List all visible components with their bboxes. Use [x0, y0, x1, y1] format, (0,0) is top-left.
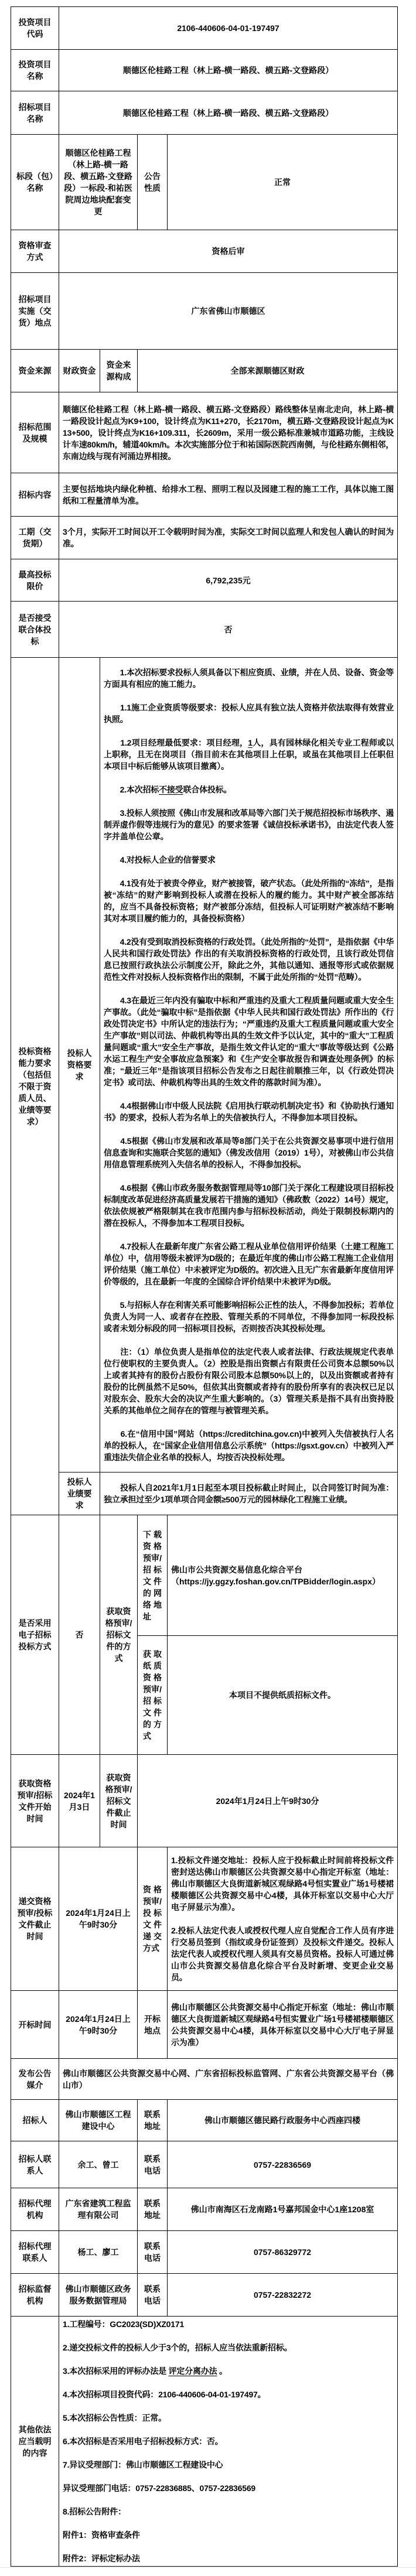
tender-scope-text: 顺德区伦桂路工程（林上路-横一路段、横五路-文登路段）路线整体呈南北走向，林上路… — [59, 392, 398, 473]
agency-address-value: 佛山市南海区石龙南路1号嘉邦国金中心1座1208室 — [168, 2188, 398, 2231]
label-tenderer-phone: 联系电话 — [138, 2141, 168, 2188]
tenderer-contact-value: 余工、曾工 — [59, 2141, 138, 2188]
label-tender-project-name: 招标项目名称 — [11, 91, 59, 135]
label-investment-project-name: 投资项目名称 — [11, 50, 59, 91]
label-tenderer-contact: 招标人联系人 — [11, 2141, 59, 2188]
tenderer-phone-value: 0757-22836569 — [168, 2141, 398, 2188]
supervision-agency-value: 佛山市顺德区政务服务数据管理局 — [59, 2274, 138, 2317]
paper-document-method-text: 本项目不提供纸质招标文件。 — [168, 1636, 398, 1755]
announcement-media-text: 佛山市顺德区公共资源交易中心网、广东省招标投标监管网、广东省公共资源交易平台（佛… — [59, 2059, 398, 2100]
label-section-name: 标段（包）名称 — [11, 135, 59, 230]
agency-contact-value: 杨工、廖工 — [59, 2231, 138, 2274]
label-tenderer: 招标人 — [11, 2100, 59, 2141]
label-tender-content: 招标内容 — [11, 473, 59, 517]
label-investment-project-code: 投资项目代码 — [11, 7, 59, 50]
label-paper-document-method: 获取纸质资格预审/招标文件的方式 — [138, 1636, 168, 1755]
label-document-obtain-start-time: 获取资格预审/招标文件开始时间 — [11, 1755, 59, 1847]
tenderer-value: 佛山市顺德区工程建设中心 — [59, 2100, 138, 2141]
label-submission-deadline: 递交资格预审/投标文件截止时间 — [11, 1847, 59, 1991]
tender-agency-value: 广东省建筑工程监理有限公司 — [59, 2188, 138, 2231]
bidder-qualification-text: 1.本次招标要求投标人须具备以下相应资质、业绩，并在人员、设备、资金等方面具有相… — [100, 658, 398, 1473]
footer-divider — [0, 2567, 416, 2568]
supervision-phone-value: 0757-22832272 — [168, 2274, 398, 2317]
label-document-obtain-method: 获取资格预审/招标文件的方式 — [100, 1515, 138, 1755]
tender-announcement-table: 投资项目代码 2106-440606-04-01-197497 投资项目名称 顺… — [11, 6, 398, 2567]
document-obtain-start-time-value: 2024年1月3日 — [59, 1755, 100, 1847]
bid-opening-place-text: 佛山市顺德区公共资源交易中心指定开标室（地址：佛山市顺德区大良街道新城区观绿路4… — [168, 1991, 398, 2059]
label-bid-opening-time: 开标时间 — [11, 1991, 59, 2059]
notice-nature-value: 正常 — [168, 135, 398, 230]
qualification-review-method-value: 资格后审 — [59, 230, 398, 273]
label-implementation-location: 招标项目实施（交货）地点 — [11, 273, 59, 350]
label-other-required-content: 其他依法应当载明的内容 — [11, 2317, 59, 2567]
section-name-value: 顺德区伦桂路工程（林上路-横一路段、横五路-文登路段）一标段-和祐医院周边地块配… — [59, 135, 138, 230]
label-notice-nature: 公告性质 — [138, 135, 168, 230]
label-document-obtain-end-time: 获取资格预审/招标文件截止时间 — [100, 1755, 138, 1847]
construction-period-text: 3个月，实际开工时间以开工令载明时间为准，实际交工时间以监理人和发包人确认的时间… — [59, 517, 398, 559]
bid-opening-time-value: 2024年1月24日上午9时30分 — [59, 1991, 138, 2059]
label-announcement-media: 发布公告媒介 — [11, 2059, 59, 2100]
investment-project-name-value: 顺德区伦桂路工程（林上路-横一路段、横五路-文登路段） — [59, 50, 398, 91]
label-supervision-agency: 招标监督机构 — [11, 2274, 59, 2317]
label-bidder-performance: 投标人业绩要求 — [59, 1473, 100, 1515]
label-agency-address: 联系地址 — [138, 2188, 168, 2231]
max-bid-price-value: 6,792,235元 — [59, 559, 398, 602]
download-url-text: 佛山市公共资源交易信息化综合平台 （https://jy.ggzy.foshan… — [168, 1515, 398, 1636]
label-accept-consortium: 是否接受联合体投标 — [11, 602, 59, 658]
investment-project-code-value: 2106-440606-04-01-197497 — [59, 7, 398, 50]
other-required-content-text: 1.工程编号：GC2023(SD)XZ0171 2.递交投标文件的投标人少于3个… — [59, 2317, 398, 2567]
submission-deadline-value: 2024年1月24日上午9时30分 — [59, 1847, 138, 1991]
label-fund-source: 资金来源 — [11, 350, 59, 392]
implementation-location-value: 广东省佛山市顺德区 — [59, 273, 398, 350]
tenderer-address-value: 佛山市顺德区德民路行政服务中心西座四楼 — [168, 2100, 398, 2141]
label-submission-method: 资格预审/投标文件递交方式 — [138, 1847, 168, 1991]
accept-consortium-value: 否 — [59, 602, 398, 658]
label-electronic-bidding: 是否采用电子招标投标方式 — [11, 1515, 59, 1755]
bidder-performance-text: 投标人自2021年1月1日起至本项目投标截止时间止，以合同签订时间为准：独立承担… — [100, 1473, 398, 1515]
tender-announcement-page: 投资项目代码 2106-440606-04-01-197497 投资项目名称 顺… — [0, 0, 416, 2576]
label-bid-opening-place: 开标地点 — [138, 1991, 168, 2059]
label-max-bid-price: 最高投标限价 — [11, 559, 59, 602]
fund-source-value: 财政资金 — [59, 350, 100, 392]
label-bidder-qualification-requirements: 投标资格能力要求（包括但不限于资质人员、业绩等要求） — [11, 658, 59, 1515]
fund-composition-value: 全部来源顺德区财政 — [138, 350, 398, 392]
label-download-url: 下载资格预审/招标文件的网络地址 — [138, 1515, 168, 1636]
document-obtain-end-time-value: 2024年1月24日上午9时30分 — [138, 1755, 398, 1847]
label-agency-phone: 联系电话 — [138, 2231, 168, 2274]
tender-project-name-value: 顺德区伦桂路工程（林上路-横一路段、横五路-文登路段） — [59, 91, 398, 135]
label-tender-scope: 招标范围及规模 — [11, 392, 59, 473]
label-agency-contact: 招标代理联系人 — [11, 2231, 59, 2274]
submission-method-text: 1.投标文件递交地址：投标人应于投标截止时间前将投标文件密封送达佛山市顺德区公共… — [168, 1847, 398, 1991]
electronic-bidding-value: 否 — [59, 1515, 100, 1755]
tender-content-text: 主要包括地块内绿化种植、给排水工程、照明工程以及园建工程的施工工作，具体以施工图… — [59, 473, 398, 517]
label-tenderer-address: 联系地址 — [138, 2100, 168, 2141]
label-bidder-qualification: 投标人资格要求 — [59, 658, 100, 1473]
agency-phone-value: 0757-86329772 — [168, 2231, 398, 2274]
label-supervision-phone: 联系电话 — [138, 2274, 168, 2317]
label-qualification-review-method: 资格审查方式 — [11, 230, 59, 273]
label-tender-agency: 招标代理机构 — [11, 2188, 59, 2231]
label-construction-period: 工期（交货期） — [11, 517, 59, 559]
label-fund-composition: 资金来源构成 — [100, 350, 138, 392]
